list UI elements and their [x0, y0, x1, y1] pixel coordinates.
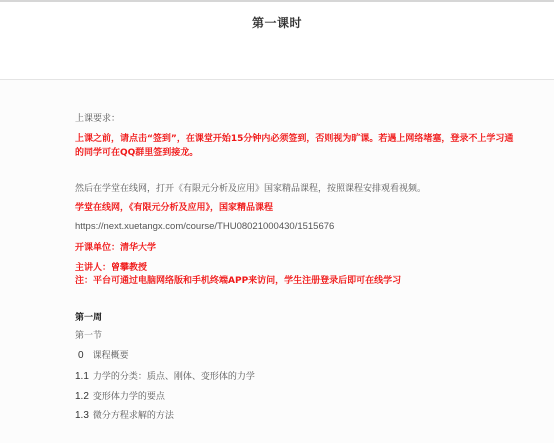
- lecturer-text: 主讲人：曾攀教授: [75, 262, 147, 274]
- syllabus-item-title: 课程概要: [93, 351, 129, 361]
- syllabus-item-title: 力学的分类：质点、刚体、变形体的力学: [93, 372, 255, 382]
- page-title: 第一课时: [0, 14, 554, 31]
- syllabus-item-number: 1.1: [75, 371, 89, 383]
- syllabus-item-title: 微分方程求解的方法: [93, 411, 174, 421]
- signin-notice-line1: 上课之前，请点击“签到”，在课堂开始15分钟内必须签到，否则视为旷课。若遇上网络…: [75, 133, 513, 145]
- syllabus-item: 1.1力学的分类：质点、刚体、变形体的力学: [75, 371, 255, 383]
- week-heading: 第一周: [75, 312, 102, 324]
- syllabus-item: 0课程概要: [75, 350, 129, 362]
- platform-course-title: 学堂在线网，《有限元分析及应用》，国家精品课程: [75, 202, 273, 214]
- signin-notice-line2: 的同学可在QQ群里签到接龙。: [75, 147, 198, 159]
- syllabus-item: 1.3微分方程求解的方法: [75, 410, 174, 422]
- course-url-link[interactable]: https://next.xuetangx.com/course/THU0802…: [75, 221, 334, 233]
- access-note: 注：平台可通过电脑网络版和手机终端APP来访问，学生注册登录后即可在线学习: [75, 275, 401, 287]
- syllabus-item-number: 1.3: [75, 410, 89, 422]
- page-header: 第一课时: [0, 2, 554, 80]
- course-instruction: 然后在学堂在线网，打开《有限元分析及应用》国家精品课程，按照课程安排观看视频。: [75, 183, 426, 195]
- syllabus-item-number: 0: [78, 350, 84, 362]
- syllabus-item: 1.2变形体力学的要点: [75, 391, 165, 403]
- institution-text: 开课单位：清华大学: [75, 242, 156, 254]
- section-heading: 第一节: [75, 330, 102, 342]
- requirements-label: 上课要求：: [75, 113, 120, 125]
- syllabus-item-title: 变形体力学的要点: [93, 392, 165, 402]
- syllabus-item-number: 1.2: [75, 391, 89, 403]
